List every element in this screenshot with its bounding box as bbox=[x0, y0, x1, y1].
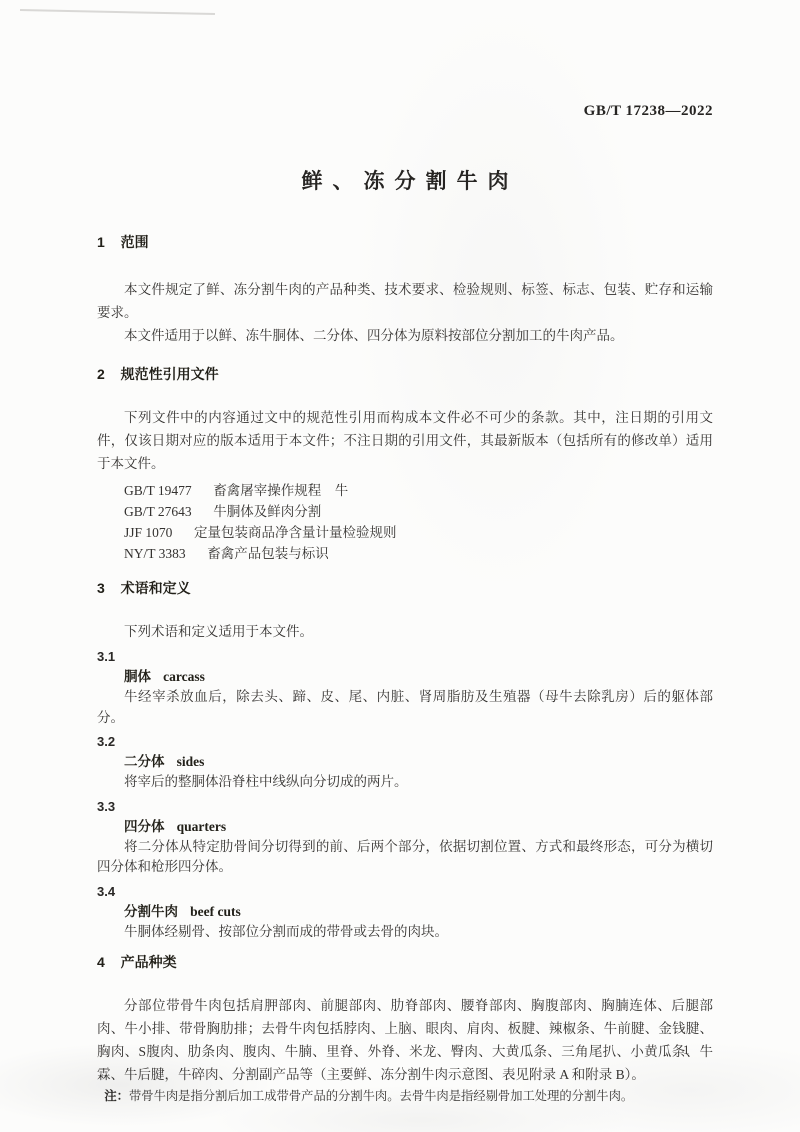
reference-code: GB/T 27643 bbox=[124, 504, 192, 519]
term-en: carcass bbox=[163, 669, 205, 684]
section-3-heading: 3 术语和定义 bbox=[97, 578, 713, 598]
section-1-number: 1 bbox=[97, 234, 105, 250]
term-headword: 分割牛肉beef cuts bbox=[97, 902, 713, 922]
terms-intro: 下列术语和定义适用于本文件。 bbox=[97, 620, 713, 643]
reference-code: NY/T 3383 bbox=[124, 546, 186, 561]
term-en: quarters bbox=[177, 819, 227, 834]
section-2-title: 规范性引用文件 bbox=[121, 366, 219, 382]
normative-references-intro: 下列文件中的内容通过文中的规范性引用而构成本文件必不可少的条款。其中，注日期的引… bbox=[97, 406, 713, 475]
term-entry-carcass: 3.1 胴体carcass 牛经宰杀放血后，除去头、蹄、皮、尾、内脏、肾周脂肪及… bbox=[97, 647, 713, 728]
reference-item: NY/T 3383畜禽产品包装与标识 bbox=[97, 543, 713, 564]
note-label: 注： bbox=[104, 1089, 129, 1103]
term-en: beef cuts bbox=[190, 904, 241, 919]
document-title: 鲜、冻分割牛肉 bbox=[97, 169, 713, 195]
page-content: GB/T 17238—2022 鲜、冻分割牛肉 1 范围 本文件规定了鲜、冻分割… bbox=[97, 0, 713, 1105]
reference-title: 畜禽屠宰操作规程 牛 bbox=[213, 483, 348, 498]
reference-title: 牛胴体及鲜肉分割 bbox=[213, 504, 321, 519]
section-3-title: 术语和定义 bbox=[121, 580, 191, 596]
term-definition: 将宰后的整胴体沿脊柱中线纵向分切成的两片。 bbox=[97, 772, 713, 793]
reference-item: GB/T 27643牛胴体及鲜肉分割 bbox=[97, 501, 713, 522]
term-number: 3.2 bbox=[97, 732, 713, 752]
page-number: 1 bbox=[683, 1042, 690, 1058]
term-number: 3.4 bbox=[97, 882, 713, 902]
term-number: 3.1 bbox=[97, 647, 713, 667]
term-headword: 胴体carcass bbox=[97, 667, 713, 687]
term-entry-beef-cuts: 3.4 分割牛肉beef cuts 牛胴体经剔骨、按部位分割而成的带骨或去骨的肉… bbox=[97, 882, 713, 943]
scope-paragraph-1: 本文件规定了鲜、冻分割牛肉的产品种类、技术要求、检验规则、标签、标志、包装、贮存… bbox=[97, 278, 713, 324]
section-4-number: 4 bbox=[97, 954, 105, 970]
section-1-heading: 1 范围 bbox=[97, 232, 713, 252]
term-entry-quarters: 3.3 四分体quarters 将二分体从特定肋骨间分切得到的前、后两个部分，依… bbox=[97, 797, 713, 878]
product-types-paragraph: 分部位带骨牛肉包括肩胛部肉、前腿部肉、肋脊部肉、腰脊部肉、胸腹部肉、胸腩连体、后… bbox=[97, 994, 713, 1086]
term-zh: 四分体 bbox=[124, 819, 165, 834]
term-zh: 胴体 bbox=[124, 669, 151, 684]
section-1-title: 范围 bbox=[121, 234, 149, 250]
term-definition: 牛胴体经剔骨、按部位分割而成的带骨或去骨的肉块。 bbox=[97, 922, 713, 943]
standard-code: GB/T 17238—2022 bbox=[97, 101, 713, 121]
section-3-number: 3 bbox=[97, 580, 105, 596]
reference-code: JJF 1070 bbox=[124, 525, 172, 540]
section-4-title: 产品种类 bbox=[121, 954, 177, 970]
term-zh: 二分体 bbox=[124, 754, 165, 769]
note-paragraph: 注：带骨牛肉是指分割后加工成带骨产品的分割牛肉。去骨牛肉是指经剔骨加工处理的分割… bbox=[97, 1087, 713, 1105]
reference-item: GB/T 19477畜禽屠宰操作规程 牛 bbox=[97, 480, 713, 501]
section-2-heading: 2 规范性引用文件 bbox=[97, 364, 713, 384]
reference-title: 畜禽产品包装与标识 bbox=[207, 546, 329, 561]
section-2-number: 2 bbox=[97, 366, 105, 382]
term-headword: 四分体quarters bbox=[97, 817, 713, 837]
reference-list: GB/T 19477畜禽屠宰操作规程 牛 GB/T 27643牛胴体及鲜肉分割 … bbox=[97, 480, 713, 564]
section-4-heading: 4 产品种类 bbox=[97, 952, 713, 972]
reference-item: JJF 1070定量包装商品净含量计量检验规则 bbox=[97, 522, 713, 543]
reference-code: GB/T 19477 bbox=[124, 483, 192, 498]
terms-list: 3.1 胴体carcass 牛经宰杀放血后，除去头、蹄、皮、尾、内脏、肾周脂肪及… bbox=[97, 647, 713, 942]
note-text: 带骨牛肉是指分割后加工成带骨产品的分割牛肉。去骨牛肉是指经剔骨加工处理的分割牛肉… bbox=[129, 1089, 633, 1103]
document-page: GB/T 17238—2022 鲜、冻分割牛肉 1 范围 本文件规定了鲜、冻分割… bbox=[0, 0, 800, 1132]
reference-title: 定量包装商品净含量计量检验规则 bbox=[194, 525, 397, 540]
term-headword: 二分体sides bbox=[97, 752, 713, 772]
scope-paragraph-2: 本文件适用于以鲜、冻牛胴体、二分体、四分体为原料按部位分割加工的牛肉产品。 bbox=[97, 324, 713, 347]
term-definition: 牛经宰杀放血后，除去头、蹄、皮、尾、内脏、肾周脂肪及生殖器（母牛去除乳房）后的躯… bbox=[97, 687, 713, 728]
term-en: sides bbox=[177, 754, 205, 769]
term-entry-sides: 3.2 二分体sides 将宰后的整胴体沿脊柱中线纵向分切成的两片。 bbox=[97, 732, 713, 793]
term-zh: 分割牛肉 bbox=[124, 904, 178, 919]
term-definition: 将二分体从特定肋骨间分切得到的前、后两个部分，依据切割位置、方式和最终形态，可分… bbox=[97, 837, 713, 878]
term-number: 3.3 bbox=[97, 797, 713, 817]
